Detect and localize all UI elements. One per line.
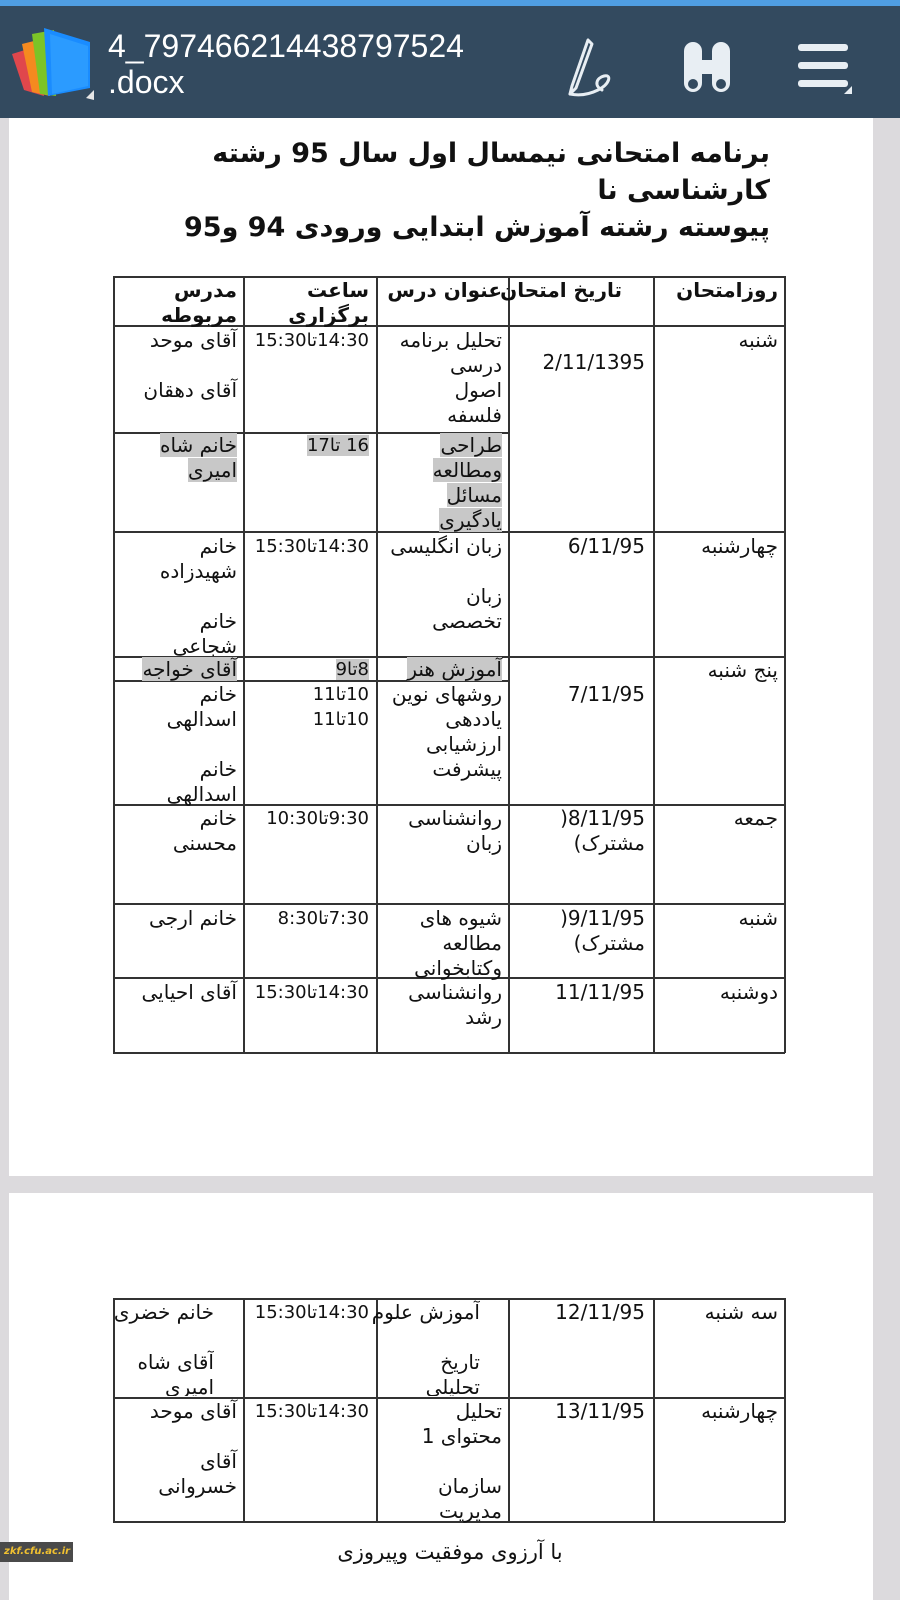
header-teacher: مدرس مربوطه [115, 278, 237, 328]
cell-teacher: خانم شاه امیری [115, 433, 237, 483]
cell-teacher: خانم شهیدزاده خانم شجاعی [115, 534, 237, 659]
file-name-line1: 4_797466214438797524 [108, 28, 464, 64]
cell-teacher: خانم خضری آقای شاه امیری [104, 1300, 214, 1396]
binoculars-find-icon[interactable] [676, 36, 740, 100]
cell-date: 9/11/95( مشترک) [510, 906, 645, 956]
cell-teacher: آقای موحد آقای دهقان [115, 328, 237, 403]
app-logo-icon[interactable] [10, 24, 100, 104]
cell-time: 16 تا17 [245, 433, 369, 458]
document-file-name: 4_797466214438797524 .docx [108, 28, 464, 100]
table-border [784, 1298, 786, 1522]
highlighted-text: طراحی ومطالعه مسائل یادگیری [433, 433, 502, 532]
cell-time: 7:30تا8:30 [245, 906, 369, 931]
cell-course: زبان انگلیسی زبان تخصصی [378, 534, 502, 634]
pen-signature-icon[interactable] [560, 36, 624, 100]
cell-day: چهارشنبه [655, 1399, 778, 1424]
cell-day: چهارشنبه [655, 534, 778, 559]
cell-time: 14:30تا15:30 [243, 1300, 369, 1325]
cell-course: شیوه های مطالعه وکتابخوانی [370, 906, 502, 981]
cell-date: 7/11/95 [510, 682, 645, 707]
cell-date: 11/11/95 [510, 980, 645, 1005]
table-border [113, 1052, 785, 1054]
cell-teacher: آقای احیایی [104, 980, 237, 1005]
cell-day: شنبه [655, 906, 778, 931]
title-line2: پیوسته رشته آموزش ابتدایی ورودی 94 و95 [130, 209, 770, 246]
cell-course: طراحی ومطالعه مسائل یادگیری [378, 433, 502, 533]
cell-time: 10تا11 10تا11 [245, 682, 369, 732]
cell-course: روانشناسی رشد [378, 980, 502, 1030]
header-date: تاریخ امتحان [500, 278, 622, 303]
cell-teacher: آقای موحد آقای خسروانی [115, 1399, 237, 1499]
cell-course: روانشناسی زبان [378, 806, 502, 856]
cell-teacher: خانم محسنی [115, 806, 237, 856]
title-line1: برنامه امتحانی نیمسال اول سال 95 رشته کا… [130, 135, 770, 209]
cell-date: 8/11/95( مشترک) [510, 806, 645, 856]
app-toolbar: 4_797466214438797524 .docx [0, 6, 900, 118]
cell-time: 9:30تا10:30 [245, 806, 369, 831]
cell-course: روشهای نوین یاددهی ارزشیابی پیشرفت [378, 682, 502, 782]
cell-course: تحلیل محتوای 1 سازمان مدیریت [378, 1399, 502, 1524]
cell-day: پنج شنبه [655, 658, 778, 683]
highlighted-text: آموزش هنر [407, 657, 502, 681]
file-name-line2: .docx [108, 64, 464, 100]
closing-message: با آرزوی موفقیت وپیروزی [0, 1540, 900, 1564]
cell-teacher: آقای خواجه [108, 657, 237, 682]
cell-course: تحلیل برنامه درسی اصول فلسفه [378, 328, 502, 428]
cell-course: آموزش هنر [378, 657, 502, 682]
menu-icon[interactable] [792, 36, 856, 100]
header-time: ساعت برگزاری [245, 278, 369, 328]
watermark-badge: zkf.cfu.ac.ir [0, 1542, 73, 1562]
cell-course: آموزش علوم تاریخ تحلیلی [370, 1300, 480, 1396]
highlighted-text: 16 تا17 [307, 435, 369, 456]
highlighted-text: 8تا9 [336, 659, 369, 680]
cell-date: 12/11/95 [510, 1300, 645, 1325]
cell-time: 14:30تا15:30 [243, 328, 369, 353]
table-border [784, 276, 786, 1053]
header-day: روزامتحان [655, 278, 778, 303]
cell-date: 13/11/95 [510, 1399, 645, 1424]
cell-teacher: خانم اسدالهی خانم اسدالهی [115, 682, 237, 807]
table-border [113, 903, 785, 905]
cell-date: 6/11/95 [510, 534, 645, 559]
cell-time: 14:30تا15:30 [243, 980, 369, 1005]
cell-date: 2/11/1395 [510, 350, 645, 375]
cell-day: شنبه [655, 328, 778, 353]
cell-time: 14:30تا15:30 [243, 1399, 369, 1424]
highlighted-text: خانم شاه امیری [160, 433, 237, 482]
document-title: برنامه امتحانی نیمسال اول سال 95 رشته کا… [130, 135, 770, 246]
highlighted-text: آقای خواجه [142, 657, 237, 681]
header-course: عنوان درس [378, 278, 502, 303]
cell-day: دوشنبه [655, 980, 778, 1005]
cell-time: 8تا9 [245, 657, 369, 682]
cell-day: سه شنبه [655, 1300, 778, 1325]
cell-teacher: خانم ارجی [115, 906, 237, 931]
cell-time: 14:30تا15:30 [243, 534, 369, 559]
cell-day: جمعه [655, 806, 778, 831]
